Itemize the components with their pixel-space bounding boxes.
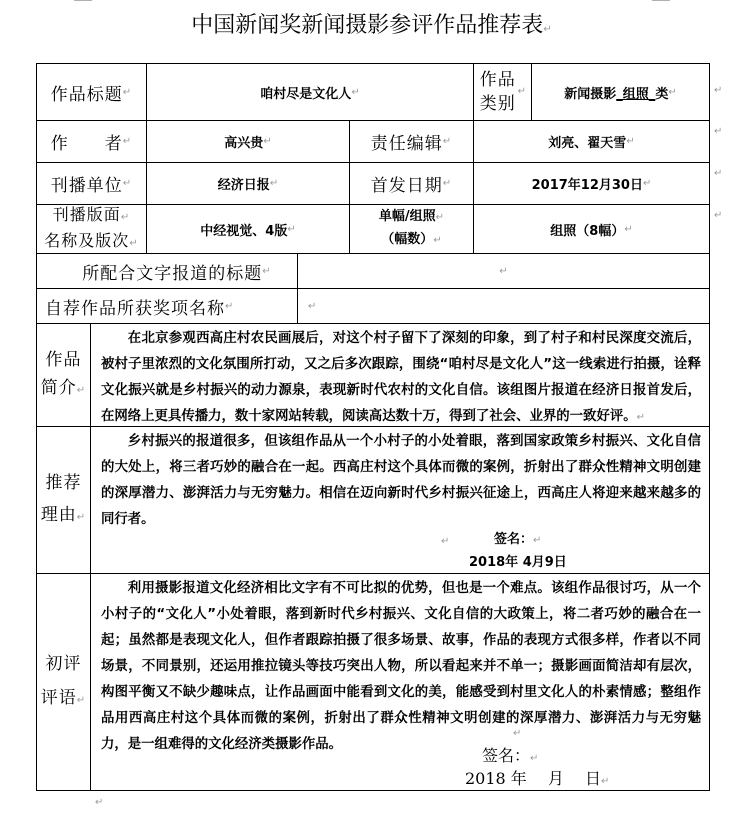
first-publish-date-label: 首发日期↵ (349, 162, 474, 205)
paragraph-mark-icon: ↵ (513, 728, 521, 739)
author-value[interactable]: 高兴贵↵ (146, 120, 350, 163)
single-or-group-value[interactable]: 组照（8幅）↵ (473, 204, 710, 254)
preliminary-review-label: 初评 评语↵ (36, 573, 91, 791)
summary-text[interactable]: 在北京参观西高庄村农民画展后，对这个村子留下了深刻的印象，到了村子和村民深度交流… (90, 323, 710, 427)
work-category-underlined-value: _组照_ (616, 83, 655, 102)
page-corner-mark-left (74, 0, 92, 1)
single-or-group-label: 单幅/组照↵ （幅数）↵ (349, 204, 474, 254)
paragraph-mark-icon: ↵ (101, 533, 701, 555)
self-recommended-awards-label: 自荐作品所获奖项名称↵ (36, 288, 298, 324)
recommendation-date: 2018年 4月9日 (469, 551, 567, 570)
recommendation-signature-label: 签名：↵ (494, 528, 541, 547)
page-name-label: 刊播版面↵ 名称及版次↵ (36, 204, 147, 254)
preliminary-review-signature-label: 签名：↵ (482, 743, 538, 766)
work-category-value[interactable]: 新闻摄影_组照_类↵ (531, 63, 710, 121)
responsible-editor-value[interactable]: 刘亮、翟天雪↵ (473, 120, 710, 163)
author-label: 作 者↵ (36, 120, 147, 163)
accompanying-text-title-value[interactable]: ↵ (297, 253, 710, 289)
preliminary-review-date: 2018 年 月 日↵ (465, 766, 609, 789)
paragraph-mark-icon: ↵ (543, 24, 551, 35)
paragraph-mark-icon: ↵ (95, 797, 103, 808)
self-recommended-awards-value[interactable]: ↵ (297, 288, 710, 324)
row-end-mark: ↵ (714, 168, 722, 179)
page-corner-mark-right (652, 0, 670, 1)
summary-label: 作品 简介↵ (36, 323, 91, 427)
work-category-label: 作品类别↵ (473, 63, 532, 121)
preliminary-review-text[interactable]: 利用摄影报道文化经济相比文字有不可比拟的优势，但也是一个难点。该组作品很讨巧，从… (90, 573, 710, 791)
row-end-mark: ↵ (714, 210, 722, 221)
recommendation-reason-text[interactable]: 乡村振兴的报道很多，但该组作品从一个小村子的小处着眼，落到国家政策乡村振兴、文化… (90, 426, 710, 574)
publisher-label: 刊播单位↵ (36, 162, 147, 205)
publisher-value[interactable]: 经济日报↵ (146, 162, 350, 205)
row-end-mark: ↵ (714, 126, 722, 137)
document-title: 中国新闻奖新闻摄影参评作品推荐表↵ (0, 8, 743, 39)
first-publish-date-value[interactable]: 2017年12月30日↵ (473, 162, 710, 205)
responsible-editor-label: 责任编辑↵ (349, 120, 474, 163)
accompanying-text-title-label: 所配合文字报道的标题↵ (36, 253, 298, 289)
work-title-value[interactable]: 咱村尽是文化人↵ (146, 63, 474, 121)
page-name-value[interactable]: 中经视觉、4版↵ (146, 204, 350, 254)
work-title-label: 作品标题↵ (36, 63, 147, 121)
row-end-mark: ↵ (714, 85, 722, 96)
recommendation-reason-label: 推荐 理由↵ (36, 426, 91, 574)
